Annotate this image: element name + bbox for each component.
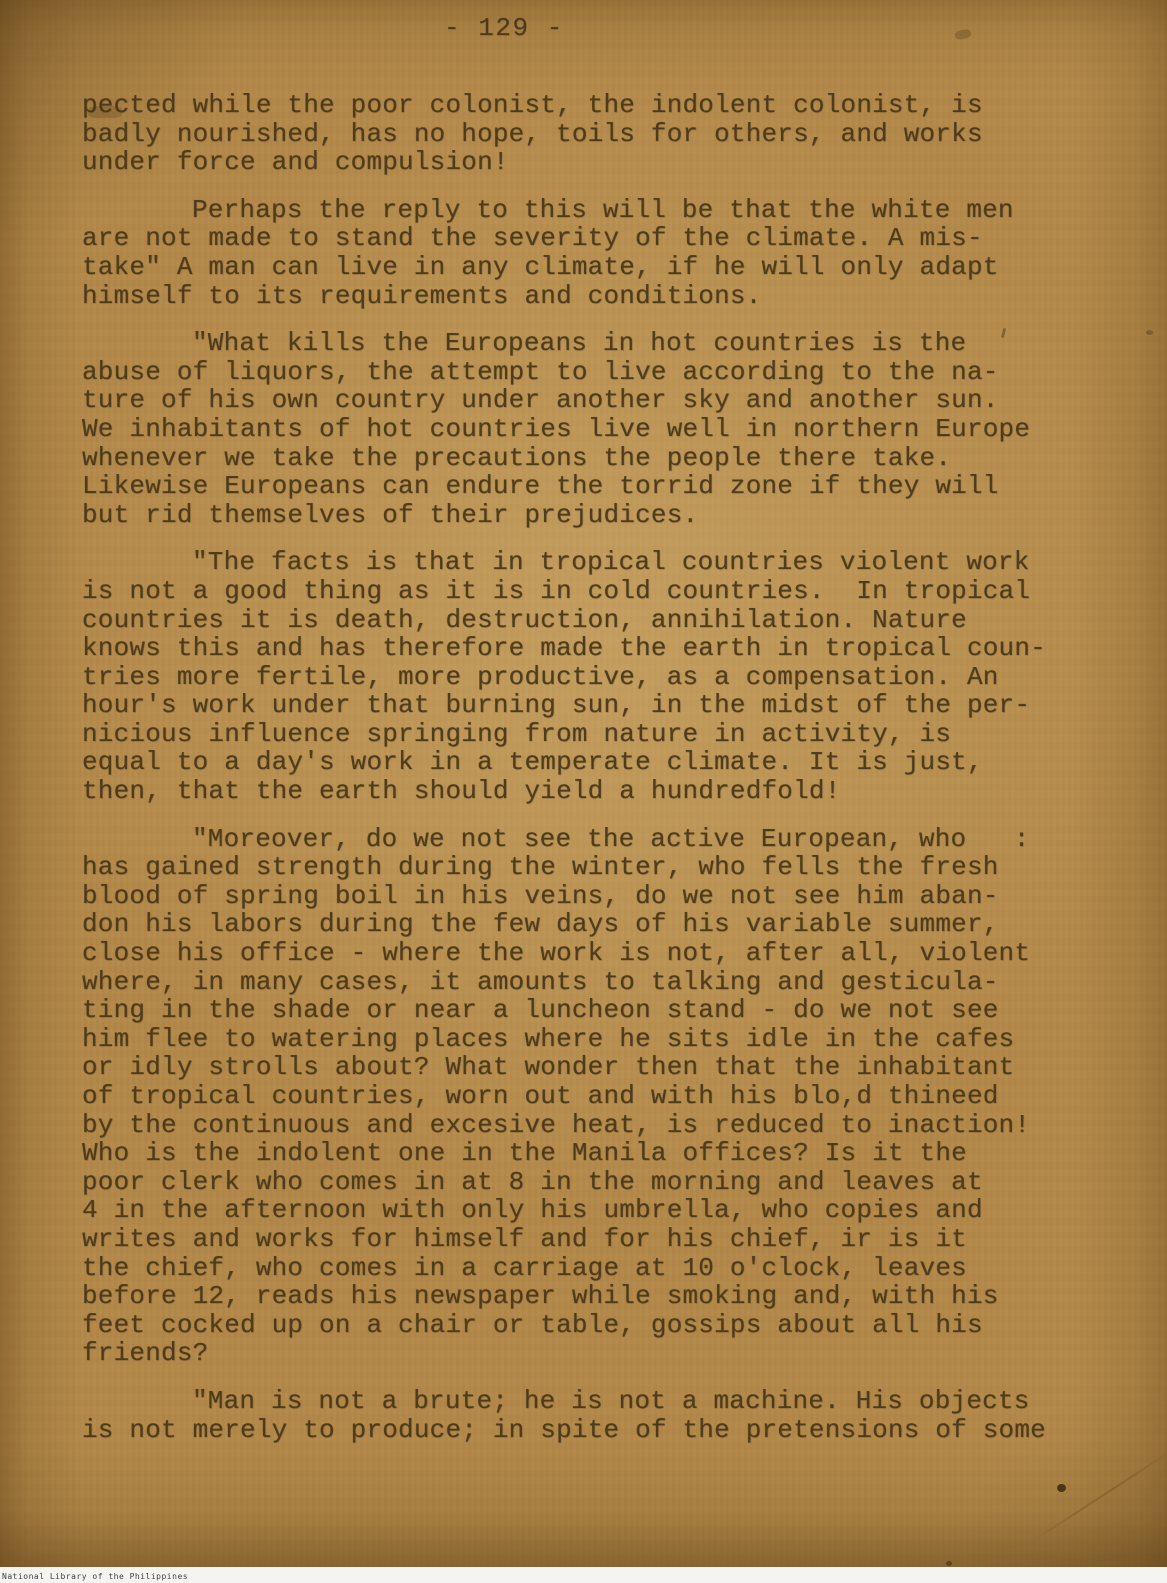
ink-speck: [1057, 1484, 1066, 1492]
paragraph-man-not-brute: "Man is not a brute; he is not a machine…: [82, 1387, 1094, 1444]
paper-smudge: [1146, 330, 1153, 335]
scanned-document-page: - 129 - pected while the poor colonist, …: [0, 0, 1167, 1583]
scan-footer-strip: National Library of the Philippines: [0, 1567, 1167, 1583]
paragraph-continuation: pected while the poor colonist, the indo…: [82, 91, 1094, 177]
library-attribution-label: National Library of the Philippines: [2, 1572, 188, 1581]
paragraph-what-kills-europeans: "What kills the Europeans in hot countri…: [82, 329, 1094, 529]
paragraph-active-european: "Moreover, do we not see the active Euro…: [82, 825, 1094, 1368]
ink-speck: [946, 1561, 952, 1566]
paper-smudge: [954, 28, 972, 40]
paragraph-tropical-work: "The facts is that in tropical countries…: [82, 548, 1094, 805]
paper-crease: [1031, 1449, 1167, 1542]
paper-smudge: [88, 106, 122, 118]
paragraph-reply-climate: Perhaps the reply to this will be that t…: [82, 196, 1094, 310]
page-number: - 129 -: [444, 13, 564, 43]
typewritten-text-block: pected while the poor colonist, the indo…: [82, 91, 1094, 1463]
